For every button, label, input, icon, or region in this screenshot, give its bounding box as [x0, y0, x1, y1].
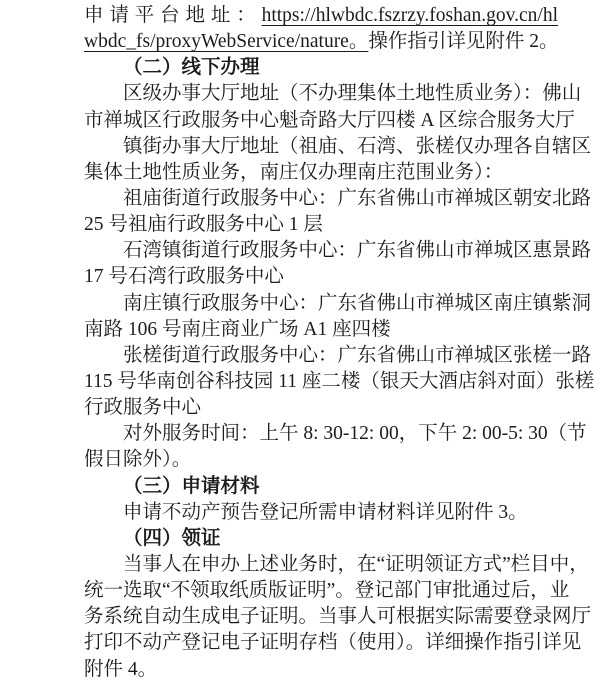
- text-line: 祖庙街道行政服务中心：广东省佛山市禅城区朝安北路: [84, 186, 558, 212]
- text-line: 附件 4。: [84, 657, 558, 683]
- section-heading: （四）领证: [84, 526, 558, 552]
- text-line: 假日除外）。: [84, 447, 558, 473]
- section-heading: （二）线下办理: [84, 55, 558, 81]
- text-line: 统一选取“不领取纸质版证明”。登记部门审批通过后，业: [84, 578, 558, 604]
- text-segment: 17 号石湾行政服务中心: [84, 266, 284, 287]
- text-line: 务系统自动生成电子证明。当事人可根据实际需要登录网厅: [84, 604, 558, 630]
- text-segment: 区级办事大厅地址（不办理集体土地性质业务）：佛山: [123, 83, 581, 104]
- text-segment: 祖庙街道行政服务中心：广东省佛山市禅城区朝安北路: [123, 188, 591, 209]
- text-segment: （四）领证: [123, 528, 221, 549]
- text-segment: （二）线下办理: [123, 57, 260, 78]
- text-segment: 市禅城区行政服务中心魁奇路大厅四楼 A 区综合服务大厅: [84, 110, 575, 131]
- section-heading: （三）申请材料: [84, 474, 558, 500]
- text-segment: 25 号祖庙行政服务中心 1 层: [84, 214, 323, 235]
- text-segment: 操作指引详见附件 2。: [368, 31, 558, 52]
- text-segment: 打印不动产登记电子证明存档（使用）。详细操作指引详见: [84, 632, 581, 653]
- text-line: 张槎街道行政服务中心：广东省佛山市禅城区张槎一路: [84, 343, 558, 369]
- text-line: 申请平台地址：https://hlwbdc.fszrzy.foshan.gov.…: [84, 3, 558, 29]
- text-segment: （三）申请材料: [123, 476, 260, 497]
- document-page: 申请平台地址：https://hlwbdc.fszrzy.foshan.gov.…: [0, 0, 600, 683]
- text-segment: 石湾镇街道行政服务中心：广东省佛山市禅城区惠景路: [123, 240, 591, 261]
- text-segment: 115 号华南创谷科技园 11 座二楼（银天大酒店斜对面）张槎: [84, 371, 594, 392]
- text-line: 集体土地性质业务，南庄仅办理南庄范围业务）：: [84, 160, 558, 186]
- text-segment: 当事人在申办上述业务时，在“证明领证方式”栏目中，: [123, 554, 589, 575]
- text-segment: 申请平台地址：: [84, 5, 262, 26]
- text-line: 南路 106 号南庄商业广场 A1 座四楼: [84, 317, 558, 343]
- platform-url-text: https://hlwbdc.fszrzy.foshan.gov.cn/hl: [262, 5, 558, 26]
- text-segment: 对外服务时间：上午 8: 30-12: 00，下午 2: 00-5: 30（节: [123, 423, 587, 444]
- document-body: 申请平台地址：https://hlwbdc.fszrzy.foshan.gov.…: [0, 0, 600, 683]
- text-line: 当事人在申办上述业务时，在“证明领证方式”栏目中，: [84, 552, 558, 578]
- text-line: 申请不动产预告登记所需申请材料详见附件 3。: [84, 500, 558, 526]
- platform-url-text: wbdc_fs/proxyWebService/nature。: [84, 31, 368, 52]
- text-segment: 统一选取“不领取纸质版证明”。登记部门审批通过后，业: [84, 580, 569, 601]
- text-segment: 张槎街道行政服务中心：广东省佛山市禅城区张槎一路: [123, 345, 591, 366]
- text-line: 115 号华南创谷科技园 11 座二楼（银天大酒店斜对面）张槎: [84, 369, 558, 395]
- text-line: 打印不动产登记电子证明存档（使用）。详细操作指引详见: [84, 630, 558, 656]
- text-segment: 南庄镇行政服务中心：广东省佛山市禅城区南庄镇紫洞: [123, 293, 591, 314]
- text-line: 南庄镇行政服务中心：广东省佛山市禅城区南庄镇紫洞: [84, 291, 558, 317]
- text-segment: 南路 106 号南庄商业广场 A1 座四楼: [84, 319, 391, 340]
- text-segment: 行政服务中心: [84, 397, 201, 418]
- text-line: 区级办事大厅地址（不办理集体土地性质业务）：佛山: [84, 81, 558, 107]
- text-line: 行政服务中心: [84, 395, 558, 421]
- text-segment: 镇街办事大厅地址（祖庙、石湾、张槎仅办理各自辖区: [123, 136, 591, 157]
- text-line: 石湾镇街道行政服务中心：广东省佛山市禅城区惠景路: [84, 238, 558, 264]
- text-segment: 务系统自动生成电子证明。当事人可根据实际需要登录网厅: [84, 606, 591, 627]
- text-line: 市禅城区行政服务中心魁奇路大厅四楼 A 区综合服务大厅: [84, 108, 558, 134]
- text-segment: 申请不动产预告登记所需申请材料详见附件 3。: [123, 502, 528, 523]
- text-line: 25 号祖庙行政服务中心 1 层: [84, 212, 558, 238]
- text-line: 17 号石湾行政服务中心: [84, 264, 558, 290]
- text-segment: 集体土地性质业务，南庄仅办理南庄范围业务）：: [84, 162, 503, 183]
- text-line: 镇街办事大厅地址（祖庙、石湾、张槎仅办理各自辖区: [84, 134, 558, 160]
- text-segment: 附件 4。: [84, 659, 157, 680]
- text-line: wbdc_fs/proxyWebService/nature。操作指引详见附件 …: [84, 29, 558, 55]
- text-segment: 假日除外）。: [84, 449, 191, 470]
- text-line: 对外服务时间：上午 8: 30-12: 00，下午 2: 00-5: 30（节: [84, 421, 558, 447]
